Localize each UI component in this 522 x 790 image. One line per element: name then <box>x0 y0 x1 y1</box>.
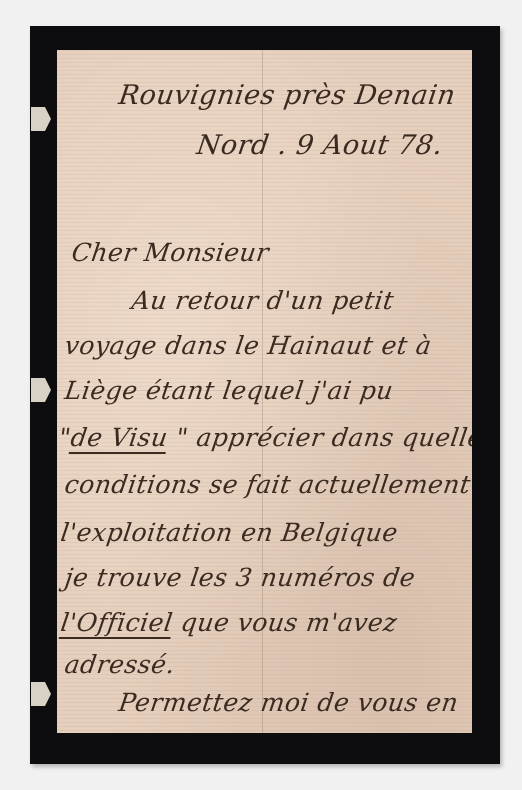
body-line-3: Liège étant lequel j'ai pu <box>63 378 395 403</box>
body-line-9: adressé. <box>63 652 177 677</box>
body-line-5: conditions se fait actuellement <box>63 472 472 497</box>
header-place: Rouvignies près Denain <box>117 82 457 109</box>
body-line-1: Au retour d'un petit <box>130 288 395 313</box>
underlined-officiel: l'Officiel <box>59 608 175 637</box>
body-line-8: l'Officiel que vous m'avez <box>59 610 399 635</box>
underlined-de-visu: de Visu <box>69 423 170 452</box>
body-line-10: Permettez moi de vous en <box>117 690 460 715</box>
header-date: Nord . 9 Aout 78. <box>195 132 444 159</box>
body-line-2: voyage dans le Hainaut et à <box>63 333 433 358</box>
body-line-6: l'exploitation en Belgique <box>59 520 399 545</box>
letter-paper: Rouvignies près Denain Nord . 9 Aout 78.… <box>57 50 472 733</box>
body-line-4: "de Visu " apprécier dans quelles <box>57 425 472 450</box>
salutation: Cher Monsieur <box>70 240 270 265</box>
body-line-7: je trouve les 3 numéros de <box>63 565 417 590</box>
